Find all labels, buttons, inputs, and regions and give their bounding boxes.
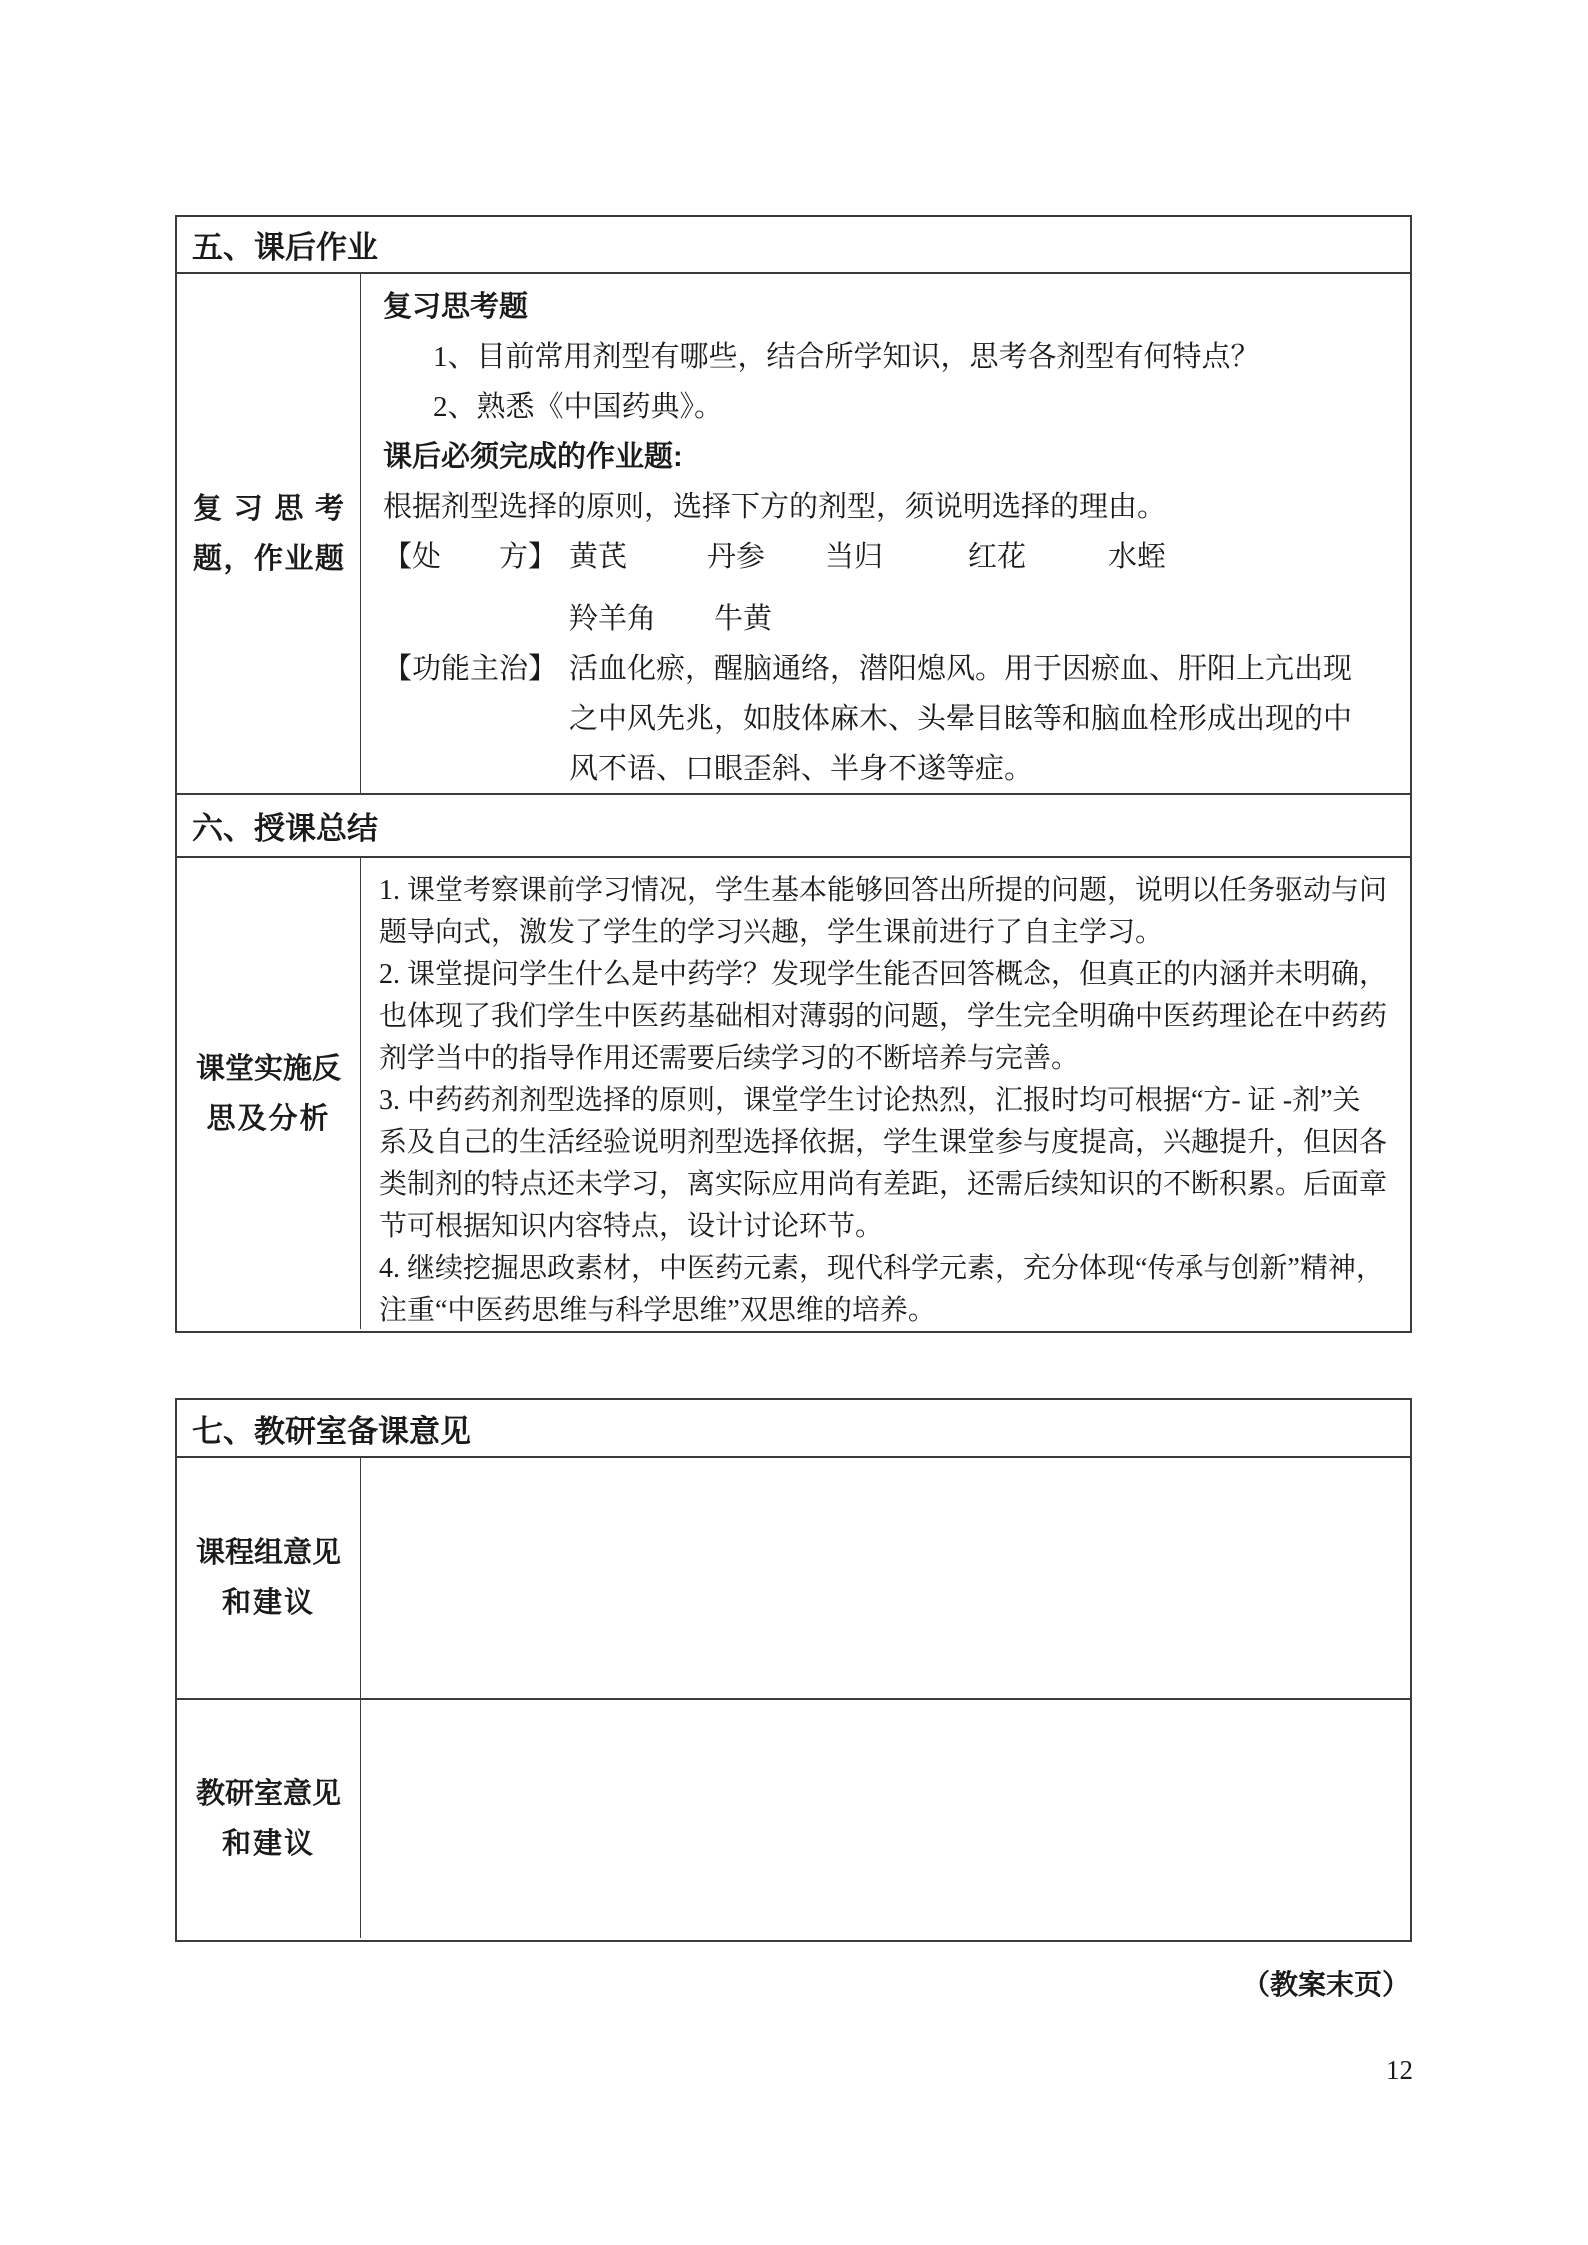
section7-header-row: 七、教研室备课意见 (177, 1400, 1410, 1458)
summary-line: 系及自己的生活经验说明剂型选择依据，学生课堂参与度提高，兴趣提升，但因各 (379, 1122, 1398, 1164)
teaching-office-opinion-label: 教研室意见 和建议 (177, 1700, 361, 1938)
prescription-drugs-line1: 黄芪丹参当归红花水蛭 (569, 532, 1166, 582)
function-indication-label: 【功能主治】 (383, 644, 569, 794)
lesson-plan-end-note: （教案末页） (1242, 1963, 1410, 2003)
summary-line: 类制剂的特点还未学习，离实际应用尚有差距，还需后续知识的不断积累。后面章 (379, 1164, 1398, 1206)
homework-label-line2: 题，作业题 (177, 534, 360, 584)
summary-line: 节可根据知识内容特点，设计讨论环节。 (379, 1206, 1398, 1248)
course-group-opinion-label: 课程组意见 和建议 (177, 1458, 361, 1698)
summary-line: 4. 继续挖掘思政素材，中医药元素，现代科学元素，充分体现“传承与创新”精神， (379, 1248, 1398, 1290)
review-question-2: 2、熟悉《中国药典》。 (383, 382, 1398, 432)
prescription-label-spacer (383, 594, 569, 644)
course-group-opinion-row: 课程组意见 和建议 (177, 1458, 1410, 1700)
homework-row: 复 习 思 考 题，作业题 复习思考题 1、目前常用剂型有哪些，结合所学知识，思… (177, 274, 1410, 793)
opinion-table: 七、教研室备课意见 课程组意见 和建议 教研室意见 和建议 (175, 1398, 1412, 1942)
summary-line: 1. 课堂考察课前学习情况，学生基本能够回答出所提的问题，说明以任务驱动与问 (379, 870, 1398, 912)
homework-content-cell: 复习思考题 1、目前常用剂型有哪些，结合所学知识，思考各剂型有何特点？ 2、熟悉… (361, 274, 1410, 793)
drug-name: 当归 (825, 532, 968, 582)
prescription-row-2: 羚羊角牛黄 (383, 594, 1398, 644)
homework-label-line1: 复 习 思 考 (177, 484, 360, 534)
course-group-opinion-content (361, 1458, 1410, 1698)
summary-label-line1: 课堂实施反 (177, 1044, 360, 1094)
prescription-row: 【处 方】 黄芪丹参当归红花水蛭 (383, 532, 1398, 582)
drug-name: 羚羊角 (569, 594, 714, 644)
page-number: 12 (1386, 2055, 1413, 2086)
drug-name: 水蛭 (1108, 532, 1166, 582)
function-indication-line: 风不语、口眼歪斜、半身不遂等症。 (569, 744, 1352, 794)
homework-row-label: 复 习 思 考 题，作业题 (177, 274, 361, 793)
summary-line: 2. 课堂提问学生什么是中药学？发现学生能否回答概念，但真正的内涵并未明确， (379, 954, 1398, 996)
summary-line: 题导向式，激发了学生的学习兴趣，学生课前进行了自主学习。 (379, 912, 1398, 954)
teaching-office-opinion-row: 教研室意见 和建议 (177, 1700, 1410, 1938)
summary-line: 3. 中药药剂剂型选择的原则，课堂学生讨论热烈，汇报时均可根据“方- 证 -剂”… (379, 1080, 1398, 1122)
drug-name: 红花 (968, 532, 1108, 582)
drug-name: 黄芪 (569, 532, 707, 582)
teaching-office-label-line2: 和建议 (177, 1819, 360, 1869)
function-indication-line: 活血化瘀，醒脑通络，潜阳熄风。用于因瘀血、肝阳上亢出现 (569, 644, 1352, 694)
summary-row-label: 课堂实施反 思及分析 (177, 858, 361, 1329)
summary-line: 剂学当中的指导作用还需要后续学习的不断培养与完善。 (379, 1038, 1398, 1080)
teaching-office-opinion-content (361, 1700, 1410, 1938)
section6-header-row: 六、授课总结 (177, 793, 1410, 858)
section6-title: 六、授课总结 (192, 803, 378, 848)
review-questions-title: 复习思考题 (383, 282, 1398, 332)
course-group-label-line1: 课程组意见 (177, 1528, 360, 1578)
summary-content-cell: 1. 课堂考察课前学习情况，学生基本能够回答出所提的问题，说明以任务驱动与问题导… (361, 858, 1410, 1329)
summary-line: 也体现了我们学生中医药基础相对薄弱的问题，学生完全明确中医药理论在中药药 (379, 996, 1398, 1038)
drug-name: 牛黄 (714, 594, 772, 644)
function-indication-row: 【功能主治】 活血化瘀，醒脑通络，潜阳熄风。用于因瘀血、肝阳上亢出现之中风先兆，… (383, 644, 1398, 794)
course-group-label-line2: 和建议 (177, 1578, 360, 1628)
drug-name: 丹参 (707, 532, 825, 582)
homework-summary-table: 五、课后作业 复 习 思 考 题，作业题 复习思考题 1、目前常用剂型有哪些，结… (175, 215, 1412, 1333)
section5-title: 五、课后作业 (192, 222, 378, 267)
homework-instruction: 根据剂型选择的原则，选择下方的剂型，须说明选择的理由。 (383, 482, 1398, 532)
function-indication-line: 之中风先兆，如肢体麻木、头晕目眩等和脑血栓形成出现的中 (569, 694, 1352, 744)
teaching-office-label-line1: 教研室意见 (177, 1769, 360, 1819)
section5-header-row: 五、课后作业 (177, 217, 1410, 274)
function-indication-text: 活血化瘀，醒脑通络，潜阳熄风。用于因瘀血、肝阳上亢出现之中风先兆，如肢体麻木、头… (569, 644, 1352, 794)
summary-line: 注重“中医药思维与科学思维”双思维的培养。 (379, 1290, 1398, 1332)
lesson-plan-page: 五、课后作业 复 习 思 考 题，作业题 复习思考题 1、目前常用剂型有哪些，结… (0, 0, 1588, 2245)
prescription-drugs-line2: 羚羊角牛黄 (569, 594, 772, 644)
required-homework-title: 课后必须完成的作业题: (383, 432, 1398, 482)
summary-label-line2: 思及分析 (177, 1094, 360, 1144)
section7-title: 七、教研室备课意见 (192, 1406, 471, 1451)
review-question-1: 1、目前常用剂型有哪些，结合所学知识，思考各剂型有何特点？ (383, 332, 1398, 382)
summary-row: 课堂实施反 思及分析 1. 课堂考察课前学习情况，学生基本能够回答出所提的问题，… (177, 858, 1410, 1329)
prescription-label: 【处 方】 (383, 532, 569, 582)
